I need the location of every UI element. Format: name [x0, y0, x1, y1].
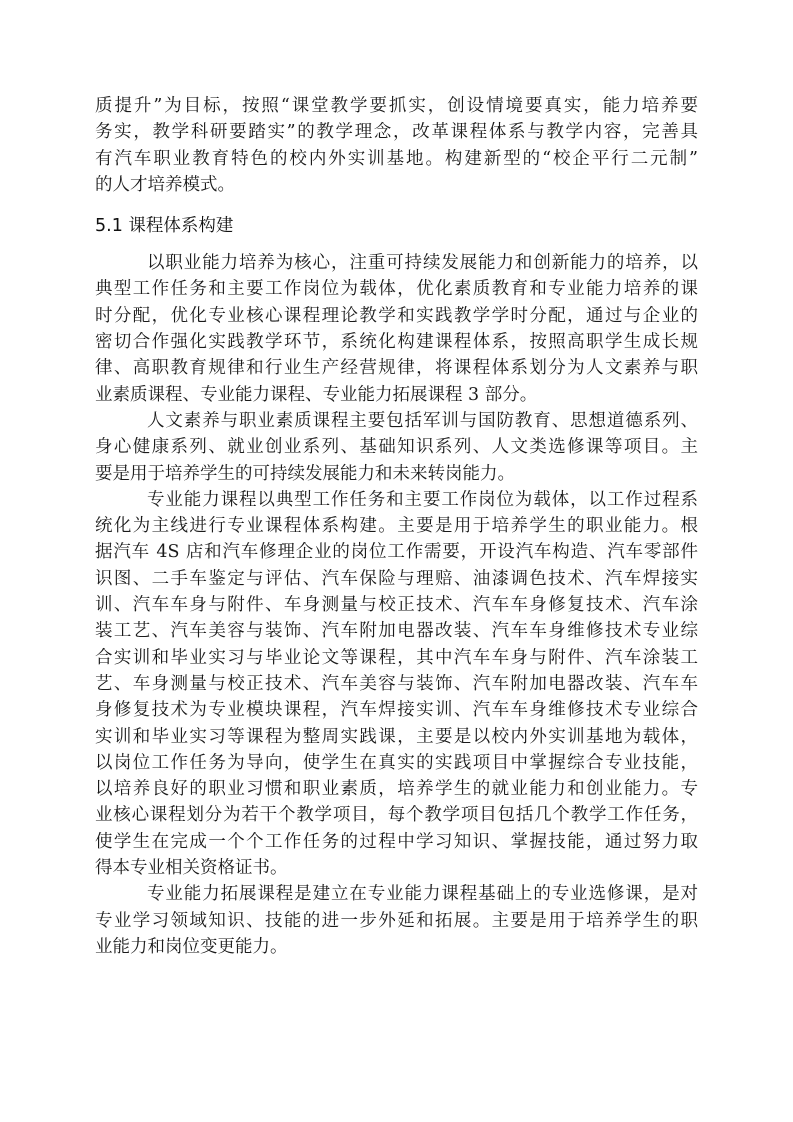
text-line: 身心健康系列、就业创业系列、基础知识系列、人文类选修课等项目。主 [95, 434, 698, 460]
text-line: 统化为主线进行专业课程体系构建。主要是用于培养学生的职业能力。根 [95, 513, 698, 539]
paragraph-curriculum-overview: 以职业能力培养为核心，注重可持续发展能力和创新能力的培养，以 典型工作任务和主要… [95, 250, 698, 408]
paragraph-humanities-courses: 人文素养与职业素质课程主要包括军训与国防教育、思想道德系列、 身心健康系列、就业… [95, 408, 698, 487]
text-line: 典型工作任务和主要工作岗位为载体，优化素质教育和专业能力培养的课 [95, 276, 698, 302]
text-line: 以岗位工作任务为导向，使学生在真实的实践项目中掌握综合专业技能， [95, 750, 698, 776]
text-line: 务实，教学科研要踏实”的教学理念，改革课程体系与教学内容，完善具 [95, 119, 698, 145]
text-line: 密切合作强化实践教学环节，系统化构建课程体系，按照高职学生成长规 [95, 329, 698, 355]
text-line: 身修复技术为专业模块课程，汽车焊接实训、汽车车身维修技术专业综合 [95, 697, 698, 723]
paragraph-extension-courses: 专业能力拓展课程是建立在专业能力课程基础上的专业选修课，是对 专业学习领域知识、… [95, 881, 698, 960]
text-line: 专业学习领域知识、技能的进一步外延和拓展。主要是用于培养学生的职 [95, 908, 698, 934]
text-line: 据汽车 4S 店和汽车修理企业的岗位工作需要，开设汽车构造、汽车零部件 [95, 539, 698, 565]
text-line: 业素质课程、专业能力课程、专业能力拓展课程 3 部分。 [95, 382, 698, 408]
text-line: 艺、车身测量与校正技术、汽车美容与装饰、汽车附加电器改装、汽车车 [95, 671, 698, 697]
text-line: 人文素养与职业素质课程主要包括军训与国防教育、思想道德系列、 [95, 408, 698, 434]
text-line: 专业能力拓展课程是建立在专业能力课程基础上的专业选修课，是对 [95, 881, 698, 907]
paragraph-professional-courses: 专业能力课程以典型工作任务和主要工作岗位为载体，以工作过程系 统化为主线进行专业… [95, 487, 698, 881]
text-line: 训、汽车车身与附件、车身测量与校正技术、汽车车身修复技术、汽车涂 [95, 592, 698, 618]
text-line: 时分配，优化专业核心课程理论教学和实践教学学时分配，通过与企业的 [95, 303, 698, 329]
text-line: 业核心课程划分为若干个教学项目，每个教学项目包括几个教学工作任务， [95, 802, 698, 828]
text-line: 得本专业相关资格证书。 [95, 855, 698, 881]
intro-paragraph: 质提升”为目标，按照“课堂教学要抓实，创设情境要真实，能力培养要 务实，教学科研… [95, 93, 698, 198]
text-line: 有汽车职业教育特色的校内外实训基地。构建新型的“校企平行二元制” [95, 146, 698, 172]
text-line: 识图、二手车鉴定与评估、汽车保险与理赔、油漆调色技术、汽车焊接实 [95, 566, 698, 592]
text-line: 以职业能力培养为核心，注重可持续发展能力和创新能力的培养，以 [95, 250, 698, 276]
text-line: 的人才培养模式。 [95, 172, 698, 198]
text-line: 实训和毕业实习等课程为整周实践课，主要是以校内外实训基地为载体， [95, 724, 698, 750]
text-line: 质提升”为目标，按照“课堂教学要抓实，创设情境要真实，能力培养要 [95, 93, 698, 119]
text-line: 律、高职教育规律和行业生产经营规律，将课程体系划分为人文素养与职 [95, 355, 698, 381]
document-page: 质提升”为目标，按照“课堂教学要抓实，创设情境要真实，能力培养要 务实，教学科研… [95, 93, 698, 960]
text-line: 专业能力课程以典型工作任务和主要工作岗位为载体，以工作过程系 [95, 487, 698, 513]
text-line: 合实训和毕业实习与毕业论文等课程，其中汽车车身与附件、汽车涂装工 [95, 645, 698, 671]
text-line: 以培养良好的职业习惯和职业素质，培养学生的就业能力和创业能力。专 [95, 776, 698, 802]
text-line: 使学生在完成一个个工作任务的过程中学习知识、掌握技能，通过努力取 [95, 829, 698, 855]
section-heading: 5.1 课程体系构建 [95, 214, 698, 238]
text-line: 要是用于培养学生的可持续发展能力和未来转岗能力。 [95, 461, 698, 487]
text-line: 业能力和岗位变更能力。 [95, 934, 698, 960]
text-line: 装工艺、汽车美容与装饰、汽车附加电器改装、汽车车身维修技术专业综 [95, 618, 698, 644]
